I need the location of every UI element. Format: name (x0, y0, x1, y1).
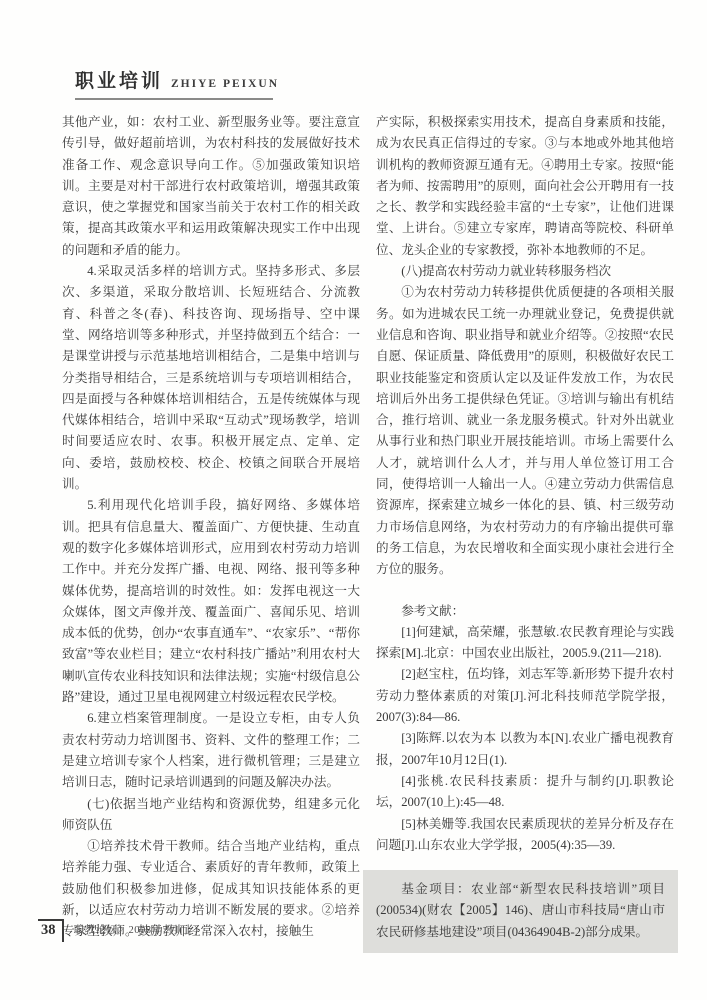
subsection-heading: (八)提高农村劳动力就业转移服务档次 (376, 261, 674, 282)
section-title-pinyin: ZHIYE PEIXUN (171, 78, 279, 90)
subsection-heading: (七)依据当地产业结构和资源优势，组建多元化师资队伍 (62, 794, 360, 837)
reference-item: [3]陈辉.以农为本 以教为本[N].农业广播电视教育报，2007年10月12日… (376, 728, 674, 771)
page-header: 职业培训ZHIYE PEIXUN (75, 66, 279, 93)
journal-page: 职业培训ZHIYE PEIXUN 其他产业，如：农村工业、新型服务业等。要注意宣… (0, 0, 707, 1000)
fund-project-box: 基金项目：农业部“新型农民科技培训”项目(200534)(财农【2005】146… (363, 870, 678, 953)
fund-project-note: 基金项目：农业部“新型农民科技培训”项目(200534)(财农【2005】146… (376, 879, 665, 943)
body-paragraph: 4.采取灵活多样的培训方式。坚持多形式、多层次、多渠道，采取分散培训、长短班结合… (62, 261, 360, 495)
reference-item: [4]张桃.农民科技素质：提升与制约[J].职教论坛，2007(10上):45—… (376, 771, 674, 814)
journal-issue-info: 职教论坛》2008年7月(上) (74, 922, 199, 937)
left-column: 其他产业，如：农村工业、新型服务业等。要注意宣传引导，做好超前培训，为农村科技的… (62, 112, 360, 943)
header-rule (75, 98, 273, 100)
page-number: 38 (38, 919, 64, 942)
right-column: 产实际，积极探索实用技术，提高自身素质和技能，成为农民真正信得过的专家。③与本地… (376, 112, 674, 953)
body-paragraph: 5.利用现代化培训手段，搞好网络、多媒体培训。把具有信息量大、覆盖面广、方便快捷… (62, 495, 360, 708)
reference-item: [5]林美姗等.我国农民素质现状的差异分析及存在问题[J].山东农业大学学报，2… (376, 814, 674, 857)
page-footer: 38 职教论坛》2008年7月(上) (38, 919, 198, 942)
body-paragraph: 6.建立档案管理制度。一是设立专柜，由专人负责农村劳动力培训图书、资料、文件的整… (62, 708, 360, 793)
body-paragraph: 其他产业，如：农村工业、新型服务业等。要注意宣传引导，做好超前培训，为农村科技的… (62, 112, 360, 261)
body-paragraph: ①为农村劳动力转移提供优质便捷的各项相关服务。如为进城农民工统一办理就业登记，免… (376, 282, 674, 580)
reference-item: [2]赵宝柱，伍均锋，刘志军等.新形势下提升农村劳动力整体素质的对策[J].河北… (376, 664, 674, 728)
section-title-chinese: 职业培训 (75, 71, 163, 92)
reference-item: [1]何建斌，高荣耀，张慧敏.农民教育理论与实践探索[M].北京：中国农业出版社… (376, 622, 674, 665)
body-paragraph: 产实际，积极探索实用技术，提高自身素质和技能，成为农民真正信得过的专家。③与本地… (376, 112, 674, 261)
references-heading: 参考文献： (376, 601, 674, 622)
